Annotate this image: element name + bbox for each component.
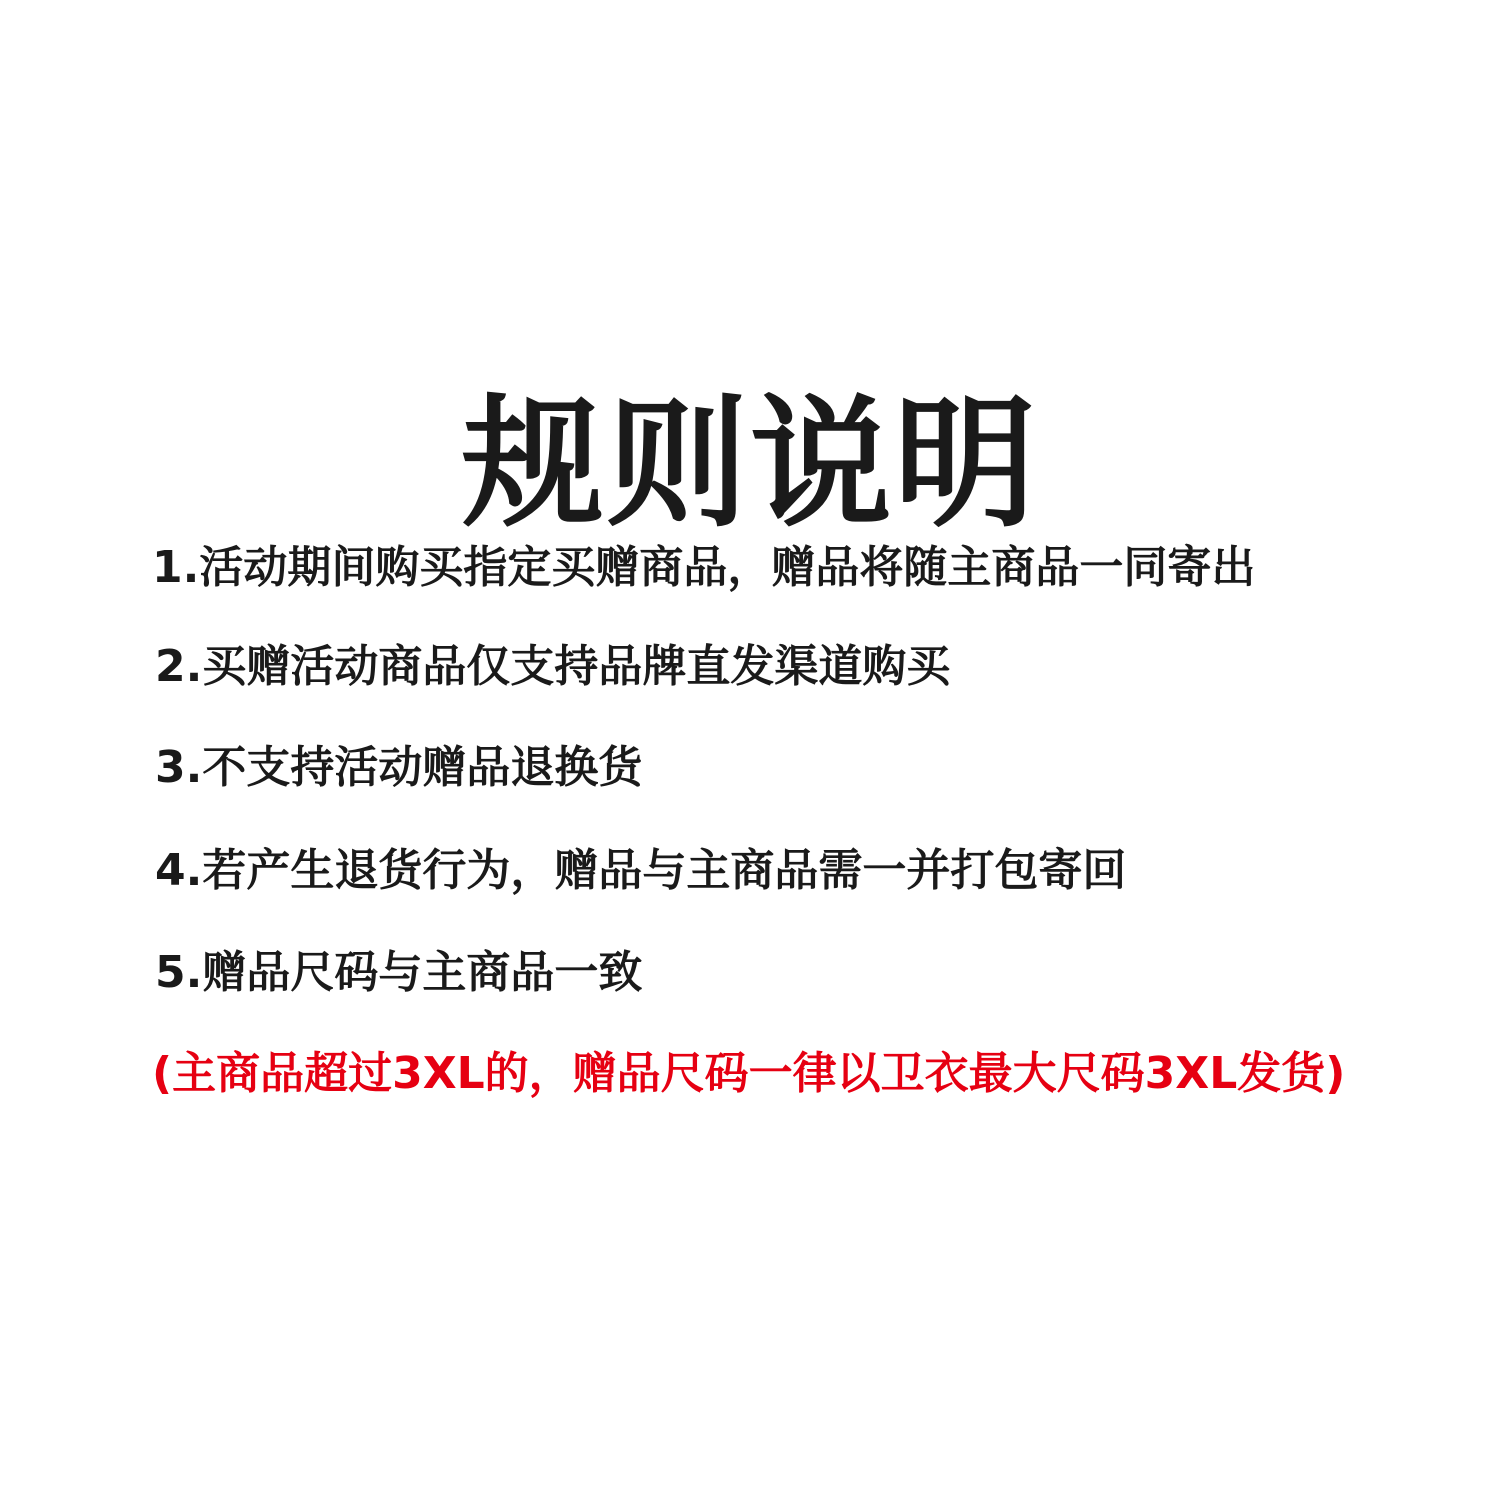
- rule-item-3: 3.不支持活动赠品退换货: [155, 738, 642, 798]
- rule-item-5: 5.赠品尺码与主商品一致: [155, 943, 642, 1003]
- page-title: 规则说明: [0, 385, 1500, 545]
- size-note: (主商品超过3XL的，赠品尺码一律以卫衣最大尺码3XL发货): [152, 1044, 1345, 1104]
- rule-item-1: 1.活动期间购买指定买赠商品，赠品将随主商品一同寄出: [152, 538, 1255, 598]
- rule-item-2: 2.买赠活动商品仅支持品牌直发渠道购买: [155, 637, 950, 697]
- rule-item-4: 4.若产生退货行为，赠品与主商品需一并打包寄回: [155, 841, 1126, 901]
